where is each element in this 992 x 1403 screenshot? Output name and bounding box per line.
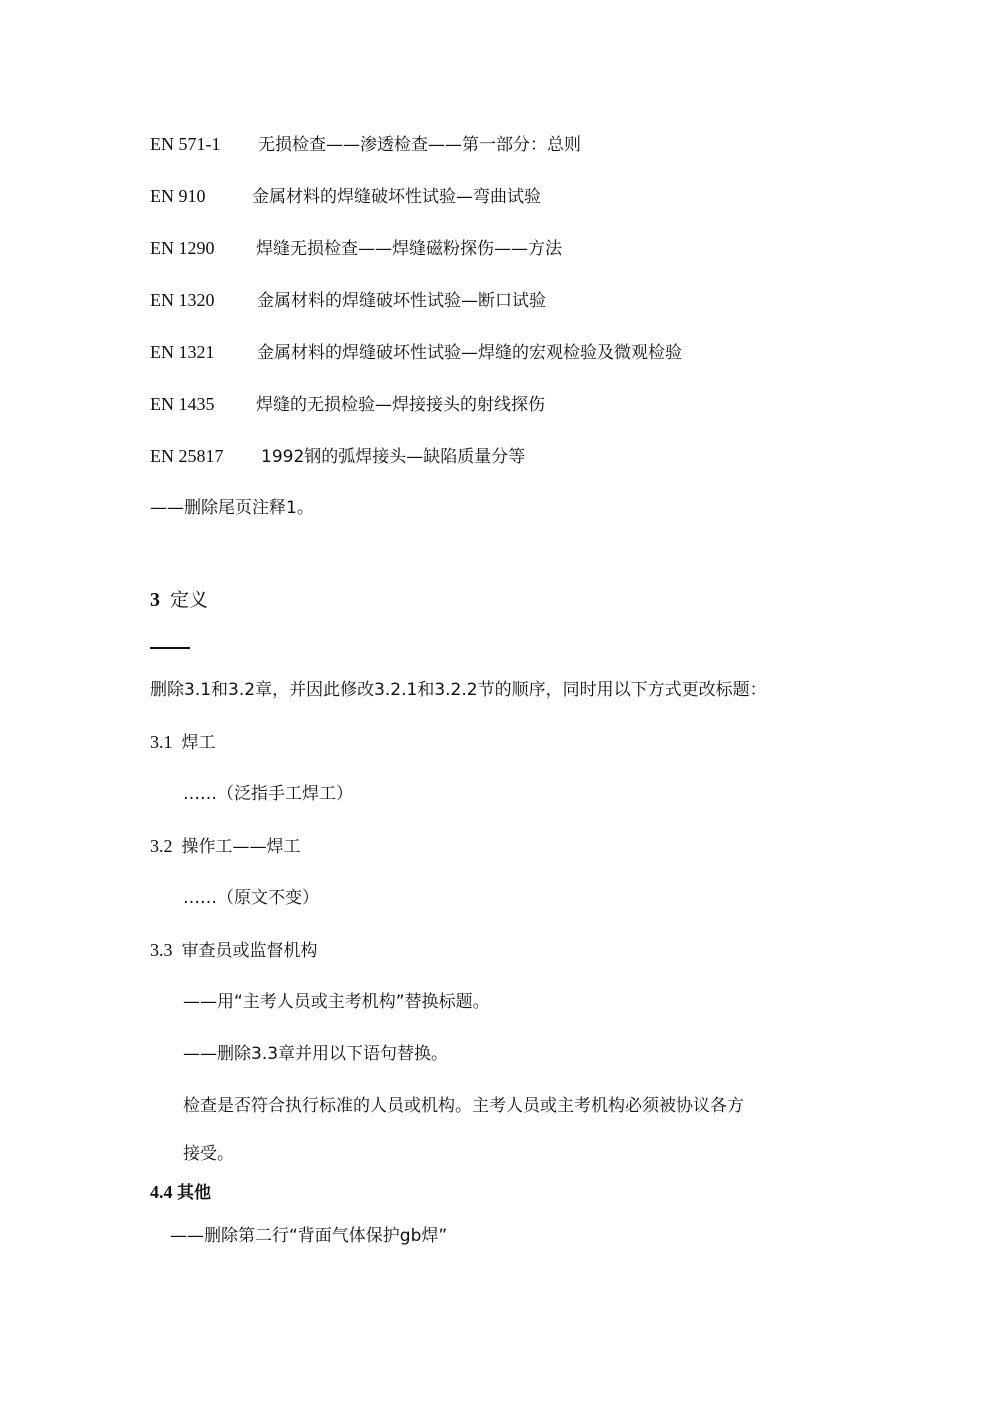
reference-row: EN 258171992钢的弧焊接头—缺陷质量分等 <box>150 444 525 469</box>
reference-row: EN 1435焊缝的无损检验—焊接接头的射线探伤 <box>150 392 545 417</box>
subsection-number: 3.1 <box>150 732 173 752</box>
subsection-title: 其他 <box>177 1183 211 1203</box>
reference-title: 焊缝的无损检验—焊接接头的射线探伤 <box>256 395 545 415</box>
subsection-number: 3.2 <box>150 836 173 856</box>
replacement-text: 接受。 <box>183 1142 234 1166</box>
section-title: 定义 <box>170 589 208 611</box>
reference-code: EN 571-1 <box>150 132 258 156</box>
reference-code: EN 1435 <box>150 392 256 416</box>
reference-title: 焊缝无损检查——焊缝磁粉探伤——方法 <box>256 239 562 259</box>
subsection-heading: 3.1 焊工 <box>150 730 216 755</box>
reference-code: EN 1320 <box>150 288 257 312</box>
reference-code: EN 25817 <box>150 444 261 468</box>
subsection-heading: 3.3 审查员或监督机构 <box>150 938 318 963</box>
footnote-note: ——删除尾页注释1。 <box>150 496 314 520</box>
reference-row: EN 1320金属材料的焊缝破坏性试验—断口试验 <box>150 288 546 313</box>
subsection-title: 操作工——焊工 <box>182 837 301 857</box>
subsection-number: 3.3 <box>150 940 173 960</box>
subsection-heading: 3.2 操作工——焊工 <box>150 834 301 859</box>
section-intro: 删除3.1和3.2章，并因此修改3.2.1和3.2.2节的顺序，同时用以下方式更… <box>150 678 767 702</box>
reference-row: EN 571-1无损检查——渗透检查——第一部分：总则 <box>150 132 581 157</box>
subsection-body: ……（原文不变） <box>183 886 319 910</box>
subsection-body: ……（泛指手工焊工） <box>183 782 353 806</box>
subsection-title: 焊工 <box>182 733 216 753</box>
amendment-note: ——删除第二行“背面气体保护gb焊” <box>170 1224 447 1248</box>
reference-title: 金属材料的焊缝破坏性试验—弯曲试验 <box>252 187 541 207</box>
replacement-text: 检查是否符合执行标准的人员或机构。主考人员或主考机构必须被协议各方 <box>183 1094 744 1118</box>
section-heading: 3 定义 <box>150 588 208 612</box>
reference-title: 金属材料的焊缝破坏性试验—焊缝的宏观检验及微观检验 <box>257 343 682 363</box>
reference-code: EN 910 <box>150 184 252 208</box>
reference-row: EN 1290焊缝无损检查——焊缝磁粉探伤——方法 <box>150 236 562 261</box>
subsection-number: 4.4 <box>150 1182 173 1202</box>
reference-code: EN 1321 <box>150 340 257 364</box>
reference-row: EN 910金属材料的焊缝破坏性试验—弯曲试验 <box>150 184 541 209</box>
section-number: 3 <box>150 589 160 611</box>
amendment-note: ——删除3.3章并用以下语句替换。 <box>183 1042 448 1066</box>
reference-code: EN 1290 <box>150 236 256 260</box>
subsection-heading: 4.4 其他 <box>150 1180 211 1205</box>
amendment-note: ——用“主考人员或主考机构”替换标题。 <box>183 990 490 1014</box>
reference-title: 1992钢的弧焊接头—缺陷质量分等 <box>261 447 525 467</box>
subsection-title: 审查员或监督机构 <box>182 941 318 961</box>
reference-row: EN 1321金属材料的焊缝破坏性试验—焊缝的宏观检验及微观检验 <box>150 340 682 365</box>
reference-title: 金属材料的焊缝破坏性试验—断口试验 <box>257 291 546 311</box>
reference-title: 无损检查——渗透检查——第一部分：总则 <box>258 135 581 155</box>
divider <box>150 647 190 649</box>
